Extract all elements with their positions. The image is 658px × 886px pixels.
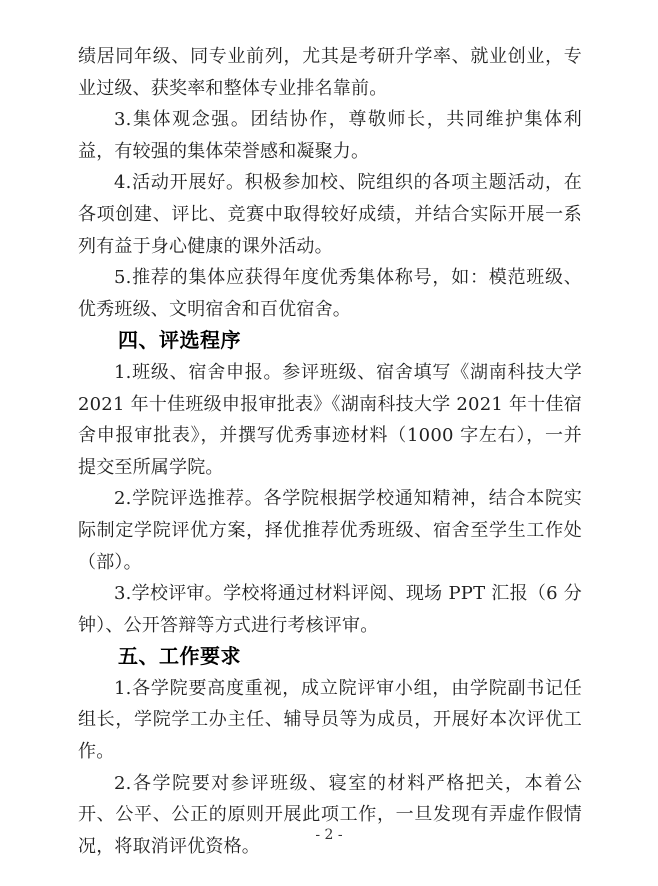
- section-heading-evaluation-procedure: 四、评选程序: [78, 325, 582, 357]
- document-page: 绩居同年级、同专业前列，尤其是考研升学率、就业创业，专业过级、获奖率和整体专业排…: [0, 0, 658, 886]
- paragraph: 2.各学院要对参评班级、寝室的材料严格把关，本着公开、公平、公正的原则开展此项工…: [78, 768, 582, 863]
- paragraph: 3.集体观念强。团结协作，尊敬师长，共同维护集体利益，有较强的集体荣誉感和凝聚力…: [78, 104, 582, 167]
- paragraph: 2.学院评选推荐。各学院根据学校通知精神，结合本院实际制定学院评优方案，择优推荐…: [78, 483, 582, 578]
- paragraph-continuation: 绩居同年级、同专业前列，尤其是考研升学率、就业创业，专业过级、获奖率和整体专业排…: [78, 41, 582, 104]
- paragraph: 4.活动开展好。积极参加校、院组织的各项主题活动，在各项创建、评比、竞赛中取得较…: [78, 167, 582, 262]
- paragraph: 1.班级、宿舍申报。参评班级、宿舍填写《湖南科技大学 2021 年十佳班级申报审…: [78, 357, 582, 483]
- page-number: - 2 -: [0, 826, 658, 844]
- section-heading-work-requirements: 五、工作要求: [78, 641, 582, 673]
- paragraph: 3.学校评审。学校将通过材料评阅、现场 PPT 汇报（6 分钟）、公开答辩等方式…: [78, 578, 582, 641]
- document-content: 绩居同年级、同专业前列，尤其是考研升学率、就业创业，专业过级、获奖率和整体专业排…: [78, 41, 582, 862]
- paragraph: 1.各学院要高度重视，成立院评审小组，由学院副书记任组长，学院学工办主任、辅导员…: [78, 673, 582, 768]
- paragraph: 5.推荐的集体应获得年度优秀集体称号，如：模范班级、优秀班级、文明宿舍和百优宿舍…: [78, 262, 582, 325]
